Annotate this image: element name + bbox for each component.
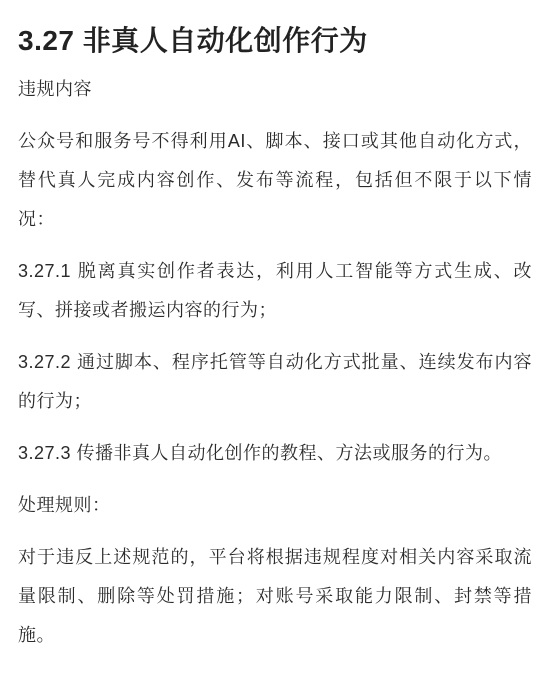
policy-document: 3.27 非真人自动化创作行为 违规内容 公众号和服务号不得利用AI、脚本、接口…: [0, 0, 550, 700]
handling-rules-paragraph: 对于违反上述规范的，平台将根据违规程度对相关内容采取流量限制、删除等处罚措施；对…: [18, 538, 532, 655]
handling-rules-label: 处理规则：: [18, 486, 532, 525]
clause-3-27-3: 3.27.3 传播非真人自动化创作的教程、方法或服务的行为。: [18, 434, 532, 473]
clause-3-27-1: 3.27.1 脱离真实创作者表达，利用人工智能等方式生成、改写、拼接或者搬运内容…: [18, 252, 532, 330]
intro-paragraph: 公众号和服务号不得利用AI、脚本、接口或其他自动化方式，替代真人完成内容创作、发…: [18, 122, 532, 239]
clause-3-27-2: 3.27.2 通过脚本、程序托管等自动化方式批量、连续发布内容的行为；: [18, 343, 532, 421]
section-title: 3.27 非真人自动化创作行为: [18, 22, 532, 60]
violation-content-label: 违规内容: [18, 70, 532, 109]
